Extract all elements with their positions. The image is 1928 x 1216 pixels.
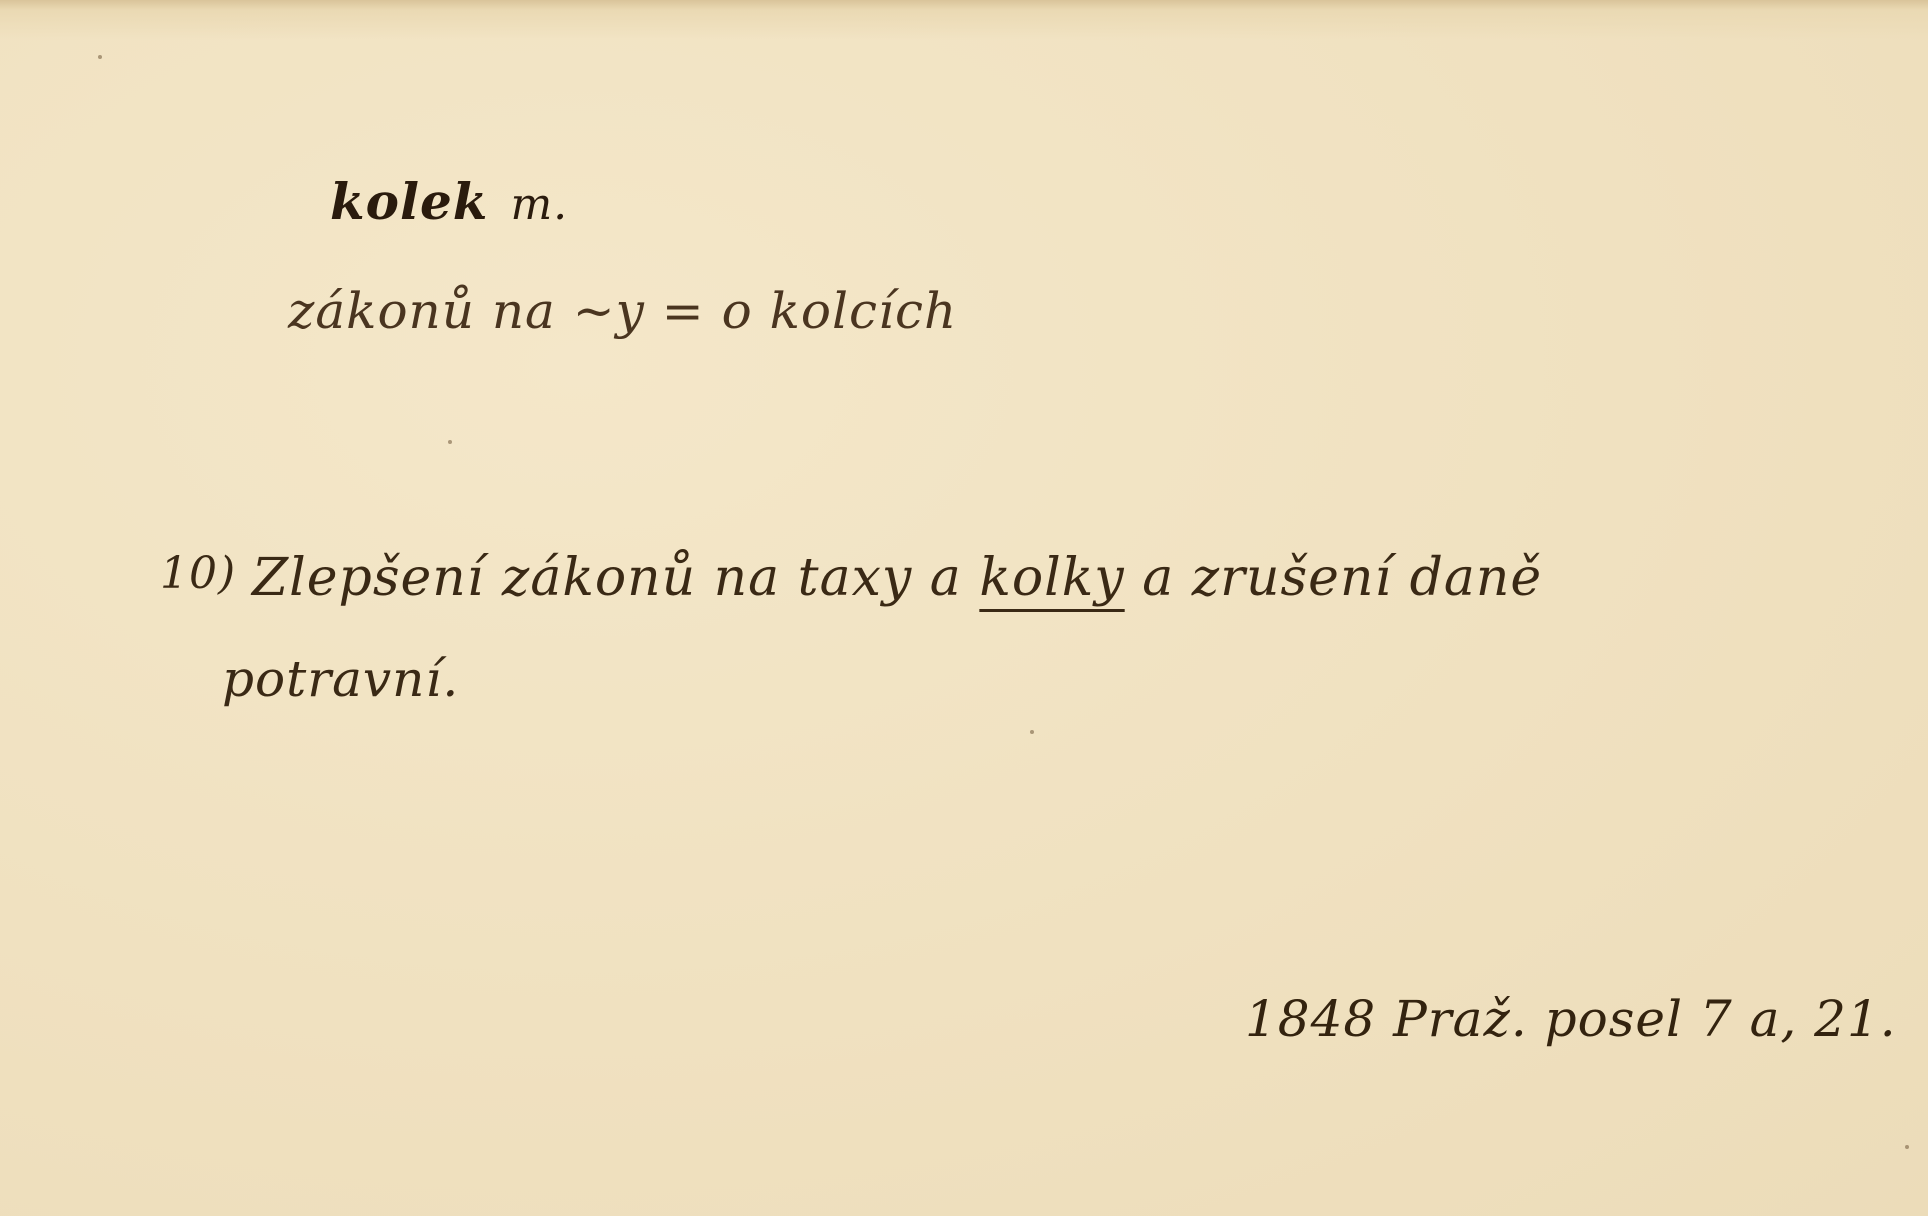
headword: kolekm.	[330, 172, 568, 231]
entry-text-line-2: potravní.	[222, 650, 459, 708]
paper-speck	[448, 440, 452, 444]
grammar-label: m.	[510, 179, 568, 230]
headword-text: kolek	[330, 172, 488, 231]
entry-text-line-1: Zlepšení zákonů na taxy a kolky a zrušen…	[252, 548, 1542, 608]
entry-text-after: a zrušení daně	[1125, 548, 1542, 608]
paper-speck	[1030, 730, 1034, 734]
entry-keyword-underlined: kolky	[979, 548, 1124, 608]
dictionary-slip: kolekm. zákonů na ~y = o kolcích 10) Zle…	[0, 0, 1928, 1216]
paper-speck	[1905, 1145, 1909, 1149]
source-citation: 1848 Praž. posel 7 a, 21.	[1245, 990, 1897, 1048]
paper-speck	[98, 55, 102, 59]
entry-number: 10)	[160, 548, 236, 599]
entry-text-before: Zlepšení zákonů na taxy a	[252, 548, 979, 608]
subentry-line: zákonů na ~y = o kolcích	[288, 282, 957, 340]
